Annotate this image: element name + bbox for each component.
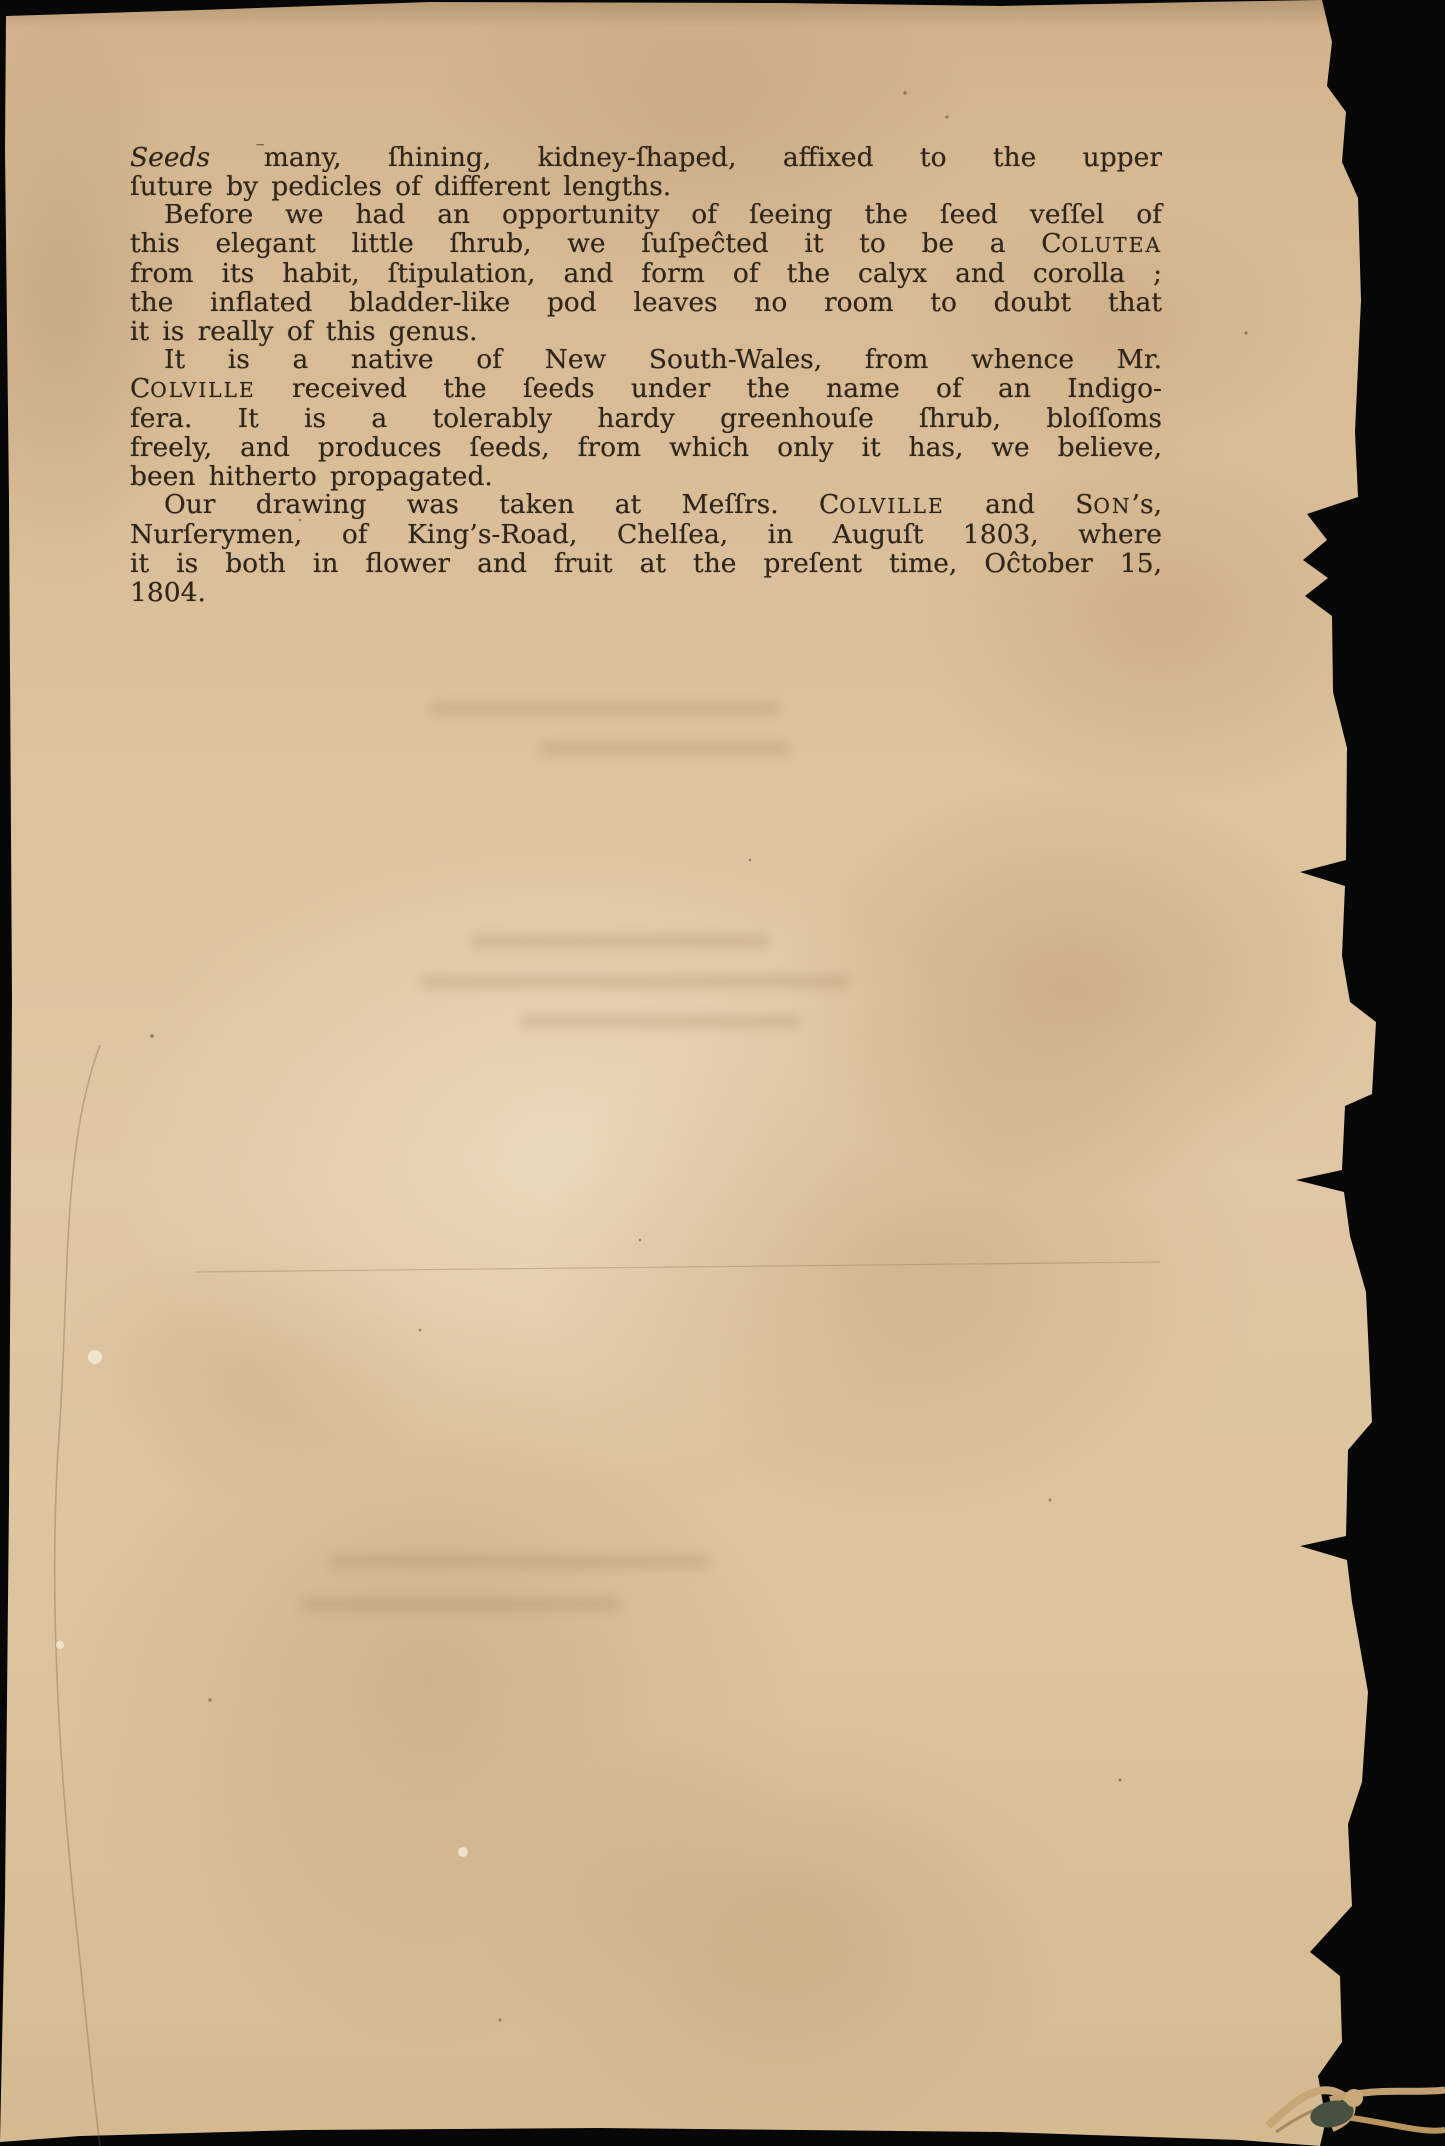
- body-text: many, ſhining, kidney-ſhaped, affixed to…: [264, 142, 1162, 173]
- text-line: the inflated bladder-like pod leaves no …: [130, 289, 1162, 318]
- small-caps-name: ON: [1093, 494, 1131, 518]
- text-line: ſuture by pedicles of different lengths.: [130, 173, 1162, 202]
- body-text: been hitherto propagated.: [130, 461, 493, 492]
- text-line: been hitherto propagated.: [130, 463, 1162, 492]
- text-line: freely, and produces ſeeds, from which o…: [130, 434, 1162, 463]
- text-line: fera. It is a tolerably hardy greenhouſe…: [130, 405, 1162, 434]
- show-through-ghost: [520, 1015, 800, 1028]
- text-line: from its habit, ſtipulation, and form of…: [130, 260, 1162, 289]
- show-through-ghost: [420, 975, 850, 988]
- text-line: Before we had an opportunity of ſeeing t…: [130, 201, 1162, 230]
- text-line: Our drawing was taken at Meſſrs. COLVILL…: [130, 491, 1162, 521]
- body-text: fera. It is a tolerably hardy greenhouſe…: [130, 403, 1162, 434]
- show-through-ghost: [430, 702, 780, 715]
- italic-word: Seeds: [130, 142, 256, 173]
- body-text: it is really of this genus.: [130, 316, 478, 347]
- text-line: this elegant little ſhrub, we ſuſpeĉted …: [130, 230, 1162, 260]
- body-text: Our drawing was taken at Meſſrs. C: [164, 489, 839, 520]
- text-line: COLVILLE received the ſeeds under the na…: [130, 375, 1162, 405]
- body-text: received the ſeeds under the name of an …: [256, 373, 1162, 404]
- show-through-ghost: [470, 935, 770, 948]
- show-through-ghost: [540, 742, 790, 755]
- text-line: it is both in flower and fruit at the pr…: [130, 550, 1162, 579]
- body-text: It is a native of New South-Wales, from …: [164, 344, 1162, 375]
- scanner-bed-background: Seeds ‾many, ſhining, kidney-ſhaped, aff…: [0, 0, 1445, 2146]
- text-line: Nurſerymen, of King’s-Road, Chelſea, in …: [130, 521, 1162, 550]
- body-text: 1804.: [130, 577, 206, 608]
- body-text: and S: [945, 489, 1094, 520]
- body-text: from its habit, ſtipulation, and form of…: [130, 258, 1162, 289]
- body-text: the inflated bladder-like pod leaves no …: [130, 287, 1162, 318]
- book-page: Seeds ‾many, ſhining, kidney-ſhaped, aff…: [0, 0, 1445, 2146]
- small-caps-name: OLVILLE: [150, 378, 255, 402]
- body-text: Before we had an opportunity of ſeeing t…: [164, 199, 1162, 230]
- show-through-ghost: [300, 1598, 620, 1611]
- body-text: ’s,: [1132, 489, 1162, 520]
- body-text: ſuture by pedicles of different lengths.: [130, 171, 671, 202]
- body-text: freely, and produces ſeeds, from which o…: [130, 432, 1162, 463]
- text-line: 1804.: [130, 579, 1162, 608]
- body-text: Nurſerymen, of King’s-Road, Chelſea, in …: [130, 519, 1162, 550]
- text-line: it is really of this genus.: [130, 318, 1162, 347]
- text-line: Seeds ‾many, ſhining, kidney-ſhaped, aff…: [130, 138, 1162, 173]
- body-text: this elegant little ſhrub, we ſuſpeĉted …: [130, 228, 1062, 259]
- text-line: It is a native of New South-Wales, from …: [130, 346, 1162, 375]
- small-caps-name: OLUTEA: [1062, 233, 1162, 257]
- page-text-block: Seeds ‾many, ſhining, kidney-ſhaped, aff…: [130, 138, 1162, 608]
- body-text: C: [130, 373, 150, 404]
- small-caps-name: OLVILLE: [839, 494, 944, 518]
- show-through-ghost: [330, 1555, 710, 1568]
- body-text: it is both in flower and fruit at the pr…: [130, 548, 1162, 579]
- body-text: ‾: [256, 143, 263, 160]
